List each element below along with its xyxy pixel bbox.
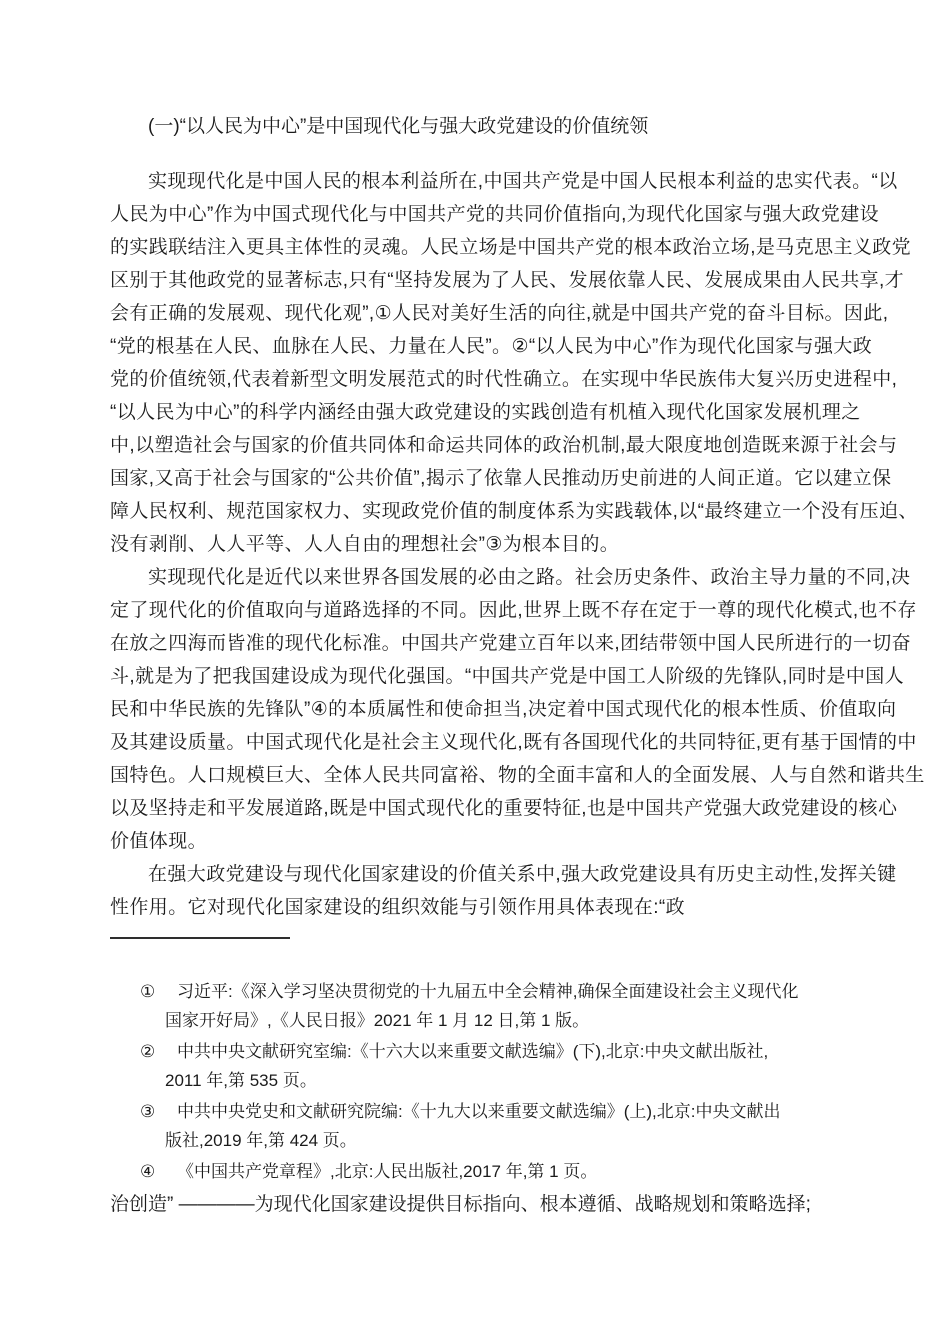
body-line: 民和中华民族的先锋队”④的本质属性和使命担当,决定着中国式现代化的根本性质、价值…: [110, 693, 845, 726]
section-heading: (一)“以人民为中心”是中国现代化与强大政党建设的价值统领: [110, 110, 845, 143]
body-line: 国家,又高于社会与国家的“公共价值”,揭示了依靠人民推动历史前进的人间正道。它以…: [110, 462, 845, 495]
footnote-line: 中共中央文献研究室编:《十六大以来重要文献选编》(下),北京:中央文献出版社,: [165, 1037, 845, 1066]
body-line: 斗,就是为了把我国建设成为现代化强国。“中国共产党是中国工人阶级的先锋队,同时是…: [110, 660, 845, 693]
footnote-3: ③中共中央党史和文献研究院编:《十九大以来重要文献选编》(上),北京:中央文献出…: [110, 1097, 845, 1155]
paragraph-2: 实现现代化是近代以来世界各国发展的必由之路。社会历史条件、政治主导力量的不同,决…: [110, 561, 845, 858]
body-line: 会有正确的发展观、现代化观”,①人民对美好生活的向往,就是中国共产党的奋斗目标。…: [110, 297, 845, 330]
footnote-line: 中共中央党史和文献研究院编:《十九大以来重要文献选编》(上),北京:中央文献出: [165, 1097, 845, 1126]
body-line: 党的价值统领,代表着新型文明发展范式的时代性确立。在实现中华民族伟大复兴历史进程…: [110, 363, 845, 396]
footnote-marker: ②: [140, 1037, 162, 1066]
body-line: 实现现代化是近代以来世界各国发展的必由之路。社会历史条件、政治主导力量的不同,决: [110, 561, 845, 594]
paragraph-1: 实现现代化是中国人民的根本利益所在,中国共产党是中国人民根本利益的忠实代表。“以…: [110, 165, 845, 561]
footnote-line: 习近平:《深入学习坚决贯彻党的十九届五中全会精神,确保全面建设社会主义现代化: [165, 977, 845, 1006]
footnote-marker: ④: [140, 1157, 162, 1186]
footnote-1: ①习近平:《深入学习坚决贯彻党的十九届五中全会精神,确保全面建设社会主义现代化国…: [110, 977, 845, 1035]
body-line: 实现现代化是中国人民的根本利益所在,中国共产党是中国人民根本利益的忠实代表。“以: [110, 165, 845, 198]
body-line: 在强大政党建设与现代化国家建设的价值关系中,强大政党建设具有历史主动性,发挥关键: [110, 858, 845, 891]
body-line: “以人民为中心”的科学内涵经由强大政党建设的实践创造有机植入现代化国家发展机理之: [110, 396, 845, 429]
footnote-marker: ③: [140, 1097, 162, 1126]
footnotes: ①习近平:《深入学习坚决贯彻党的十九届五中全会精神,确保全面建设社会主义现代化国…: [110, 977, 845, 1186]
footnote-line: 《中国共产党章程》,北京:人民出版社,2017 年,第 1 页。: [165, 1157, 845, 1186]
body-line: 在放之四海而皆准的现代化标准。中国共产党建立百年以来,团结带领中国人民所进行的一…: [110, 627, 845, 660]
page-content: (一)“以人民为中心”是中国现代化与强大政党建设的价值统领 实现现代化是中国人民…: [110, 110, 845, 1221]
body-line: 的实践联结注入更具主体性的灵魂。人民立场是中国共产党的根本政治立场,是马克思主义…: [110, 231, 845, 264]
footnote-line: 2011 年,第 535 页。: [165, 1066, 845, 1095]
body-line: 及其建设质量。中国式现代化是社会主义现代化,既有各国现代化的共同特征,更有基于国…: [110, 726, 845, 759]
document-page: (一)“以人民为中心”是中国现代化与强大政党建设的价值统领 实现现代化是中国人民…: [0, 0, 950, 1321]
body-line: 中,以塑造社会与国家的价值共同体和命运共同体的政治机制,最大限度地创造既来源于社…: [110, 429, 845, 462]
body-line: 性作用。它对现代化国家建设的组织效能与引领作用具体表现在:“政: [110, 891, 845, 924]
footnote-separator: [110, 937, 290, 939]
continuation-line: 治创造” ————为现代化国家建设提供目标指向、根本遵循、战略规划和策略选择;: [110, 1188, 845, 1221]
body-line: 区别于其他政党的显著标志,只有“坚持发展为了人民、发展依靠人民、发展成果由人民共…: [110, 264, 845, 297]
paragraph-3: 在强大政党建设与现代化国家建设的价值关系中,强大政党建设具有历史主动性,发挥关键…: [110, 858, 845, 924]
footnote-4: ④《中国共产党章程》,北京:人民出版社,2017 年,第 1 页。: [110, 1157, 845, 1186]
body-line: 障人民权利、规范国家权力、实现政党价值的制度体系为实践载体,以“最终建立一个没有…: [110, 495, 845, 528]
footnote-line: 版社,2019 年,第 424 页。: [165, 1126, 845, 1155]
body-line: 人民为中心”作为中国式现代化与中国共产党的共同价值指向,为现代化国家与强大政党建…: [110, 198, 845, 231]
body-line: 国特色。人口规模巨大、全体人民共同富裕、物的全面丰富和人的全面发展、人与自然和谐…: [110, 759, 845, 792]
footnote-marker: ①: [140, 977, 162, 1006]
footnote-2: ②中共中央文献研究室编:《十六大以来重要文献选编》(下),北京:中央文献出版社,…: [110, 1037, 845, 1095]
body-line: “党的根基在人民、血脉在人民、力量在人民”。②“以人民为中心”作为现代化国家与强…: [110, 330, 845, 363]
body-paragraphs: 实现现代化是中国人民的根本利益所在,中国共产党是中国人民根本利益的忠实代表。“以…: [110, 165, 845, 924]
body-line: 以及坚持走和平发展道路,既是中国式现代化的重要特征,也是中国共产党强大政党建设的…: [110, 792, 845, 825]
footnote-line: 国家开好局》,《人民日报》2021 年 1 月 12 日,第 1 版。: [165, 1006, 845, 1035]
body-line: 价值体现。: [110, 825, 845, 858]
body-line: 定了现代化的价值取向与道路选择的不同。因此,世界上既不存在定于一尊的现代化模式,…: [110, 594, 845, 627]
body-line: 没有剥削、人人平等、人人自由的理想社会”③为根本目的。: [110, 528, 845, 561]
